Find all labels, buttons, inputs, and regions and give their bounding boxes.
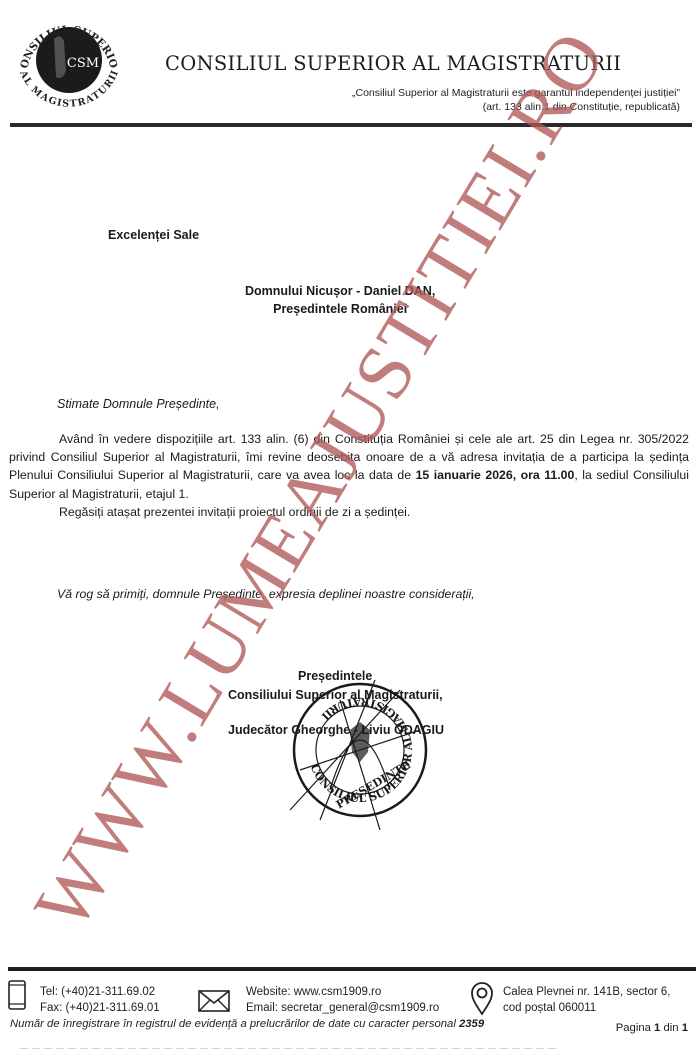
footer-divider — [8, 967, 696, 971]
signatory-name: Judecător Gheorghe - Liviu ODAGIU — [228, 721, 444, 740]
page-mid: din — [660, 1022, 681, 1034]
body-paragraph-attachment: Regăsiți atașat prezentei invitații proi… — [9, 503, 689, 521]
header-divider — [10, 123, 692, 127]
scan-artifact — [20, 1048, 560, 1049]
address-street: Calea Plevnei nr. 141B, sector 6, — [503, 984, 671, 1000]
email-link[interactable]: Email: secretar_general@csm1909.ro — [246, 1000, 439, 1016]
letter-body: Având în vedere dispozițiile art. 133 al… — [9, 430, 689, 521]
svg-text:CSM: CSM — [67, 56, 99, 71]
recipient-name: Domnului Nicușor - Daniel DAN, — [245, 282, 435, 300]
csm-logo: CSM CONSILIUL SUPERIOR AL MAGISTRATURII — [14, 4, 124, 114]
data-registry-note: Număr de înregistrare în registrul de ev… — [10, 1018, 484, 1030]
registry-text: Număr de înregistrare în registrul de ev… — [10, 1018, 459, 1030]
address-postal-code: cod poștal 060011 — [503, 1000, 671, 1016]
greeting: Stimate Domnule Președinte, — [57, 397, 220, 411]
signatory-institution: Consiliului Superior al Magistraturii, — [228, 686, 444, 705]
location-pin-icon — [470, 982, 494, 1016]
motto-quote: „Consiliul Superior al Magistraturii est… — [352, 86, 680, 100]
fax-number: Fax: (+40)21-311.69.01 — [40, 1000, 160, 1016]
motto-source: (art. 133 alin.1 din Constituție, republ… — [352, 100, 680, 114]
salutation-title: Excelenței Sale — [108, 228, 199, 242]
page-number: Pagina 1 din 1 — [616, 1022, 688, 1034]
meeting-date: 15 ianuarie 2026, ora 11.00 — [416, 468, 575, 482]
envelope-icon — [198, 990, 230, 1012]
signatory-title: Președintele — [228, 667, 444, 686]
recipient-block: Domnului Nicușor - Daniel DAN, Președint… — [245, 282, 435, 318]
registry-number: 2359 — [459, 1018, 484, 1030]
page-prefix: Pagina — [616, 1022, 654, 1034]
phone-number: Tel: (+40)21-311.69.02 — [40, 984, 160, 1000]
signature-block: Președintele Consiliului Superior al Mag… — [228, 667, 444, 740]
website-link[interactable]: Website: www.csm1909.ro — [246, 984, 439, 1000]
closing-formula: Vă rog să primiți, domnule Președinte, e… — [57, 587, 475, 601]
contact-phone: Tel: (+40)21-311.69.02 Fax: (+40)21-311.… — [40, 984, 160, 1016]
header-motto: „Consiliul Superior al Magistraturii est… — [352, 86, 680, 114]
body-paragraph-invitation: Având în vedere dispozițiile art. 133 al… — [9, 430, 689, 503]
letter-page: CSM CONSILIUL SUPERIOR AL MAGISTRATURII … — [0, 0, 700, 1055]
page-total: 1 — [682, 1022, 688, 1034]
institution-title: CONSILIUL SUPERIOR AL MAGISTRATURII — [165, 52, 621, 75]
contact-web: Website: www.csm1909.ro Email: secretar_… — [246, 984, 439, 1016]
phone-icon — [8, 980, 26, 1010]
contact-address: Calea Plevnei nr. 141B, sector 6, cod po… — [503, 984, 671, 1016]
recipient-role: Președintele României — [245, 300, 435, 318]
